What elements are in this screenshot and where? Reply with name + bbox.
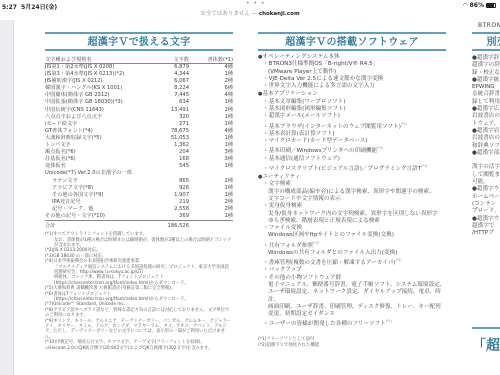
cell-fonts: 4種 <box>203 64 233 72</box>
characters-section: 超漢字Ｖで扱える文字 文字種および規格名 文字数 書体数(*1) JIS第1・第… <box>45 30 233 351</box>
footnote-ref: (*1) <box>386 319 392 323</box>
cell-count: 8,224 <box>157 85 203 92</box>
section-title: 超漢字Ｖで扱える文字 <box>88 37 191 48</box>
cell-name: 大漢和辞典収録文字(*5) <box>45 135 157 142</box>
address-bar[interactable]: 安全ではありません — chokanji.com <box>0 9 500 21</box>
cell-fonts: 4種 <box>203 128 233 135</box>
battery-percent: 86% <box>470 2 484 9</box>
cell-count: 219 <box>157 199 203 206</box>
cell-fonts: 1種 <box>203 99 233 106</box>
security-warning: 安全ではありません — <box>200 11 259 17</box>
cell-name: その他の記号・文字(*10) <box>45 213 157 221</box>
cell-count: 13,491 <box>157 107 203 114</box>
table-row: その他の各国文字(*9)1,9071種 <box>45 192 233 199</box>
cell-count <box>157 170 203 177</box>
footnote: なお、書体数が1種の場合は明朝または細明朝が、書体数が2種以上の場合は明朝とゴシ… <box>45 238 233 249</box>
table-row: 中国伝統字(CNS 11643)13,4912種 <box>45 107 233 114</box>
software-item: 共有フォルダ参照(*2) <box>258 240 446 250</box>
software-item: バックアップ <box>258 267 446 274</box>
software-item: ユーザーの皆様が開発した各種のフリーソフト(*1) <box>258 318 446 328</box>
table-row: IPA発音記号2192種 <box>45 199 233 206</box>
software-item: その他の小物ソフトウェア群 <box>258 275 446 282</box>
cell-count: 204 <box>157 149 203 156</box>
url-domain: chokanji.com <box>259 11 300 17</box>
cell-fonts: 2種 <box>203 199 233 206</box>
cell-count: 6,067 <box>157 78 203 85</box>
optional-software-line: ●超漢字部 <box>472 150 500 157</box>
table-header-row: 文字種および規格名 文字数 書体数(*1) <box>45 55 233 64</box>
footnote: 明朝体、ゴシック体、楷書体は、Tフォントプロジェクト (https://char… <box>45 275 233 286</box>
cell-name: Unicode(*7) Ver.2.0の非漢字の一部 <box>45 170 157 177</box>
section-heading: 超漢字Ｖの搭載ソフトウェア <box>258 30 446 52</box>
cell-fonts: 2種 <box>203 178 233 185</box>
cell-name: GT書体フォント(*4) <box>45 128 157 135</box>
optional-software-line: る統合辞書 <box>472 91 500 98</box>
cell-fonts: 1種 <box>203 114 233 121</box>
col-header-name: 文字種および規格名 <box>45 55 157 64</box>
cut-off-text: BTRON <box>478 22 500 29</box>
optional-software-list: ●超漢字辞超漢字の辞録・校正な●超漢字統EPWINGる統合辞書録して利用●超漢字… <box>472 55 500 237</box>
optional-software-line: トウェア。 <box>472 121 500 128</box>
software-item: 基本文章編集(ワープロソフト) <box>258 99 446 106</box>
software-item: 書庫管理(複数の文書を圧縮・解凍するアーカイバ)(*1) <box>258 257 446 267</box>
cell-count: 634 <box>157 99 203 106</box>
footnote-ref: (*1) <box>421 164 427 168</box>
cell-name: ラテン文字 <box>45 178 157 185</box>
bottom-heading-text: 「超漢 <box>472 335 500 355</box>
software-item: 実身仮身検索 <box>258 203 446 210</box>
cell-count: 545 <box>157 163 203 170</box>
cell-name: 中国拡張(簡体字 GB 18030)(*3) <box>45 99 157 106</box>
optional-software-line: 岩波書店の <box>472 113 500 120</box>
cell-name: 記号・マーク、他 <box>45 206 157 213</box>
battery-icon <box>486 3 496 8</box>
section-heading: 超漢字Ｖで扱える文字 <box>45 30 233 52</box>
table-row: iモード絵文字2711種 <box>45 121 233 128</box>
table-row: 記号・マーク、他2,5582種 <box>45 206 233 213</box>
total-row: 合計186,526 <box>45 221 233 231</box>
section-heading: 別売ソ <box>472 30 500 52</box>
footnotes: (*1)すべてアウトラインフォントを搭載しています。なお、書体数が1種の場合は明… <box>45 232 233 351</box>
table-row: 六点点字および八点点字3201種 <box>45 114 233 121</box>
cell-name: JIS第1・第2水準(JIS X 0208) <box>45 64 157 72</box>
tab-overview-dots[interactable]: • • • <box>246 0 265 7</box>
software-item: BTRON3仕様準拠OS「B-right/V® R4.5」 <box>258 61 446 68</box>
optional-software-line: 録・校正な <box>472 70 500 77</box>
cell-name: その他の各国文字(*9) <box>45 192 157 199</box>
software-item: マイクロスクリプト(ビジュアル言語)／プログラミング言語T(*1) <box>258 163 446 173</box>
optional-software-line: 録して利用 <box>472 99 500 106</box>
software-item: マイクロカード(カード型データベース) <box>258 138 446 145</box>
table-row: GT書体フォント(*4)78,6754種 <box>45 128 233 135</box>
optional-software-line: ホームペー <box>472 194 500 201</box>
cell-fonts: 1種 <box>203 163 233 170</box>
optional-software-line: ●超漢字統 <box>472 77 500 84</box>
cell-name: IPA発音記号 <box>45 199 157 206</box>
cell-fonts <box>203 170 233 177</box>
cell-fonts: 1種 <box>203 213 233 221</box>
software-item-desc: 画面印刷、ユーザ辞書、印刷管理、ディスク修復、トレー、キー配列 <box>258 304 446 311</box>
software-item-desc: Windows区画やftpサイトとのファイル変換(交換) <box>258 232 446 239</box>
cell-count: 271 <box>157 121 203 128</box>
cell-name: 中国伝統字(CNS 11643) <box>45 107 157 114</box>
cell-count: 926 <box>157 185 203 192</box>
software-item: 世界文字入力機能による多言語の文字入力 <box>258 83 446 90</box>
cell-count: 7,445 <box>157 92 203 99</box>
table-row: ラテン文字8652種 <box>45 178 233 185</box>
software-list: オペレーティングシステム本体BTRON3仕様準拠OS「B-right/V® R4… <box>258 54 446 349</box>
software-item-desc: 漢字の構成部品(偏や旁)による漢字検索、異形字や関連字の検索、 <box>258 189 446 196</box>
cell-fonts: 2種 <box>203 206 233 213</box>
cell-fonts: 2種 <box>203 107 233 114</box>
total-label: 合計 <box>45 221 157 231</box>
cell-count: 320 <box>157 114 203 121</box>
cell-count: 4,344 <box>157 71 203 78</box>
software-item-desc: ゆらぎ検索、階層表現と正規表現による検索 <box>258 218 446 225</box>
cell-fonts: 1種 <box>203 135 233 142</box>
software-item-desc: 変更、初期設定ガイダンス <box>258 311 446 318</box>
table-row: その他の記号・文字(*10)3691種 <box>45 213 233 221</box>
table-row: 大漢和辞典収録文字(*5)51,0531種 <box>45 135 233 142</box>
software-item-desc: 実身/仮身ネットワーク内の文字列検索、異形字を区別しない異形字 <box>258 211 446 218</box>
optional-software-line: 漢字の活字 <box>472 164 500 171</box>
footnote-ref: (*2) <box>377 146 383 150</box>
software-item-desc: Windowsの共有フォルダとのファイル入出力(変換) <box>258 250 446 257</box>
footnote: (*2)超漢字Ｖで強化された機能 <box>258 343 446 349</box>
software-category: 基本アプリケーション <box>258 91 446 98</box>
table-row: アラビア文字(*8)9261種 <box>45 185 233 192</box>
software-item: 文字検索 <box>258 181 446 188</box>
table-row: 住基仮名(*6)1683種 <box>45 156 233 163</box>
software-item-desc: ユーザ環境設定、ネットワーク設定、ダイヤルアップ接続、電卓、時計、 <box>258 289 446 304</box>
cell-count: 78,675 <box>157 128 203 135</box>
software-item: 基本ブラウザ(インターネットのウェブ閲覧用ソフト)(*1) <box>258 121 446 131</box>
software-footnotes: (*1)フリーソフトとして添付(*2)超漢字Ｖで強化された機能 <box>258 337 446 349</box>
table-row: Unicode(*7) Ver.2.0の非漢字の一部 <box>45 170 233 177</box>
divider <box>472 327 500 329</box>
wifi-icon: ◠ <box>463 2 468 9</box>
table-row: JIS第1・第2水準(JIS X 0208)6,8794種 <box>45 64 233 72</box>
optional-software-line: ●超漢字ウ <box>472 216 500 223</box>
footnote-ref: (*1) <box>395 258 401 262</box>
cell-fonts: 1種 <box>203 121 233 128</box>
footnote: 「マルチメディア通信システムにおける多国語処理の研究」プロジェクト、東京大学多国… <box>45 265 233 276</box>
software-section: 超漢字Ｖの搭載ソフトウェア オペレーティングシステム本体BTRON3仕様準拠OS… <box>258 30 446 349</box>
cell-name: 六点点字および八点点字 <box>45 114 157 121</box>
col-header-count: 文字数 <box>157 55 203 64</box>
software-item: 超漢字メール(メールソフト) <box>258 113 446 120</box>
software-item: 基本印刷／Windowsプリンタへの印刷機能(*2) <box>258 145 446 155</box>
footnote: (*8)アラビア語やヘブライ語など、特殊な書記方向の言語には対応しておりません。… <box>45 308 233 319</box>
cell-count: 2,558 <box>157 206 203 213</box>
optional-software-line: 岩波書店の <box>472 135 500 142</box>
cell-name: iモード絵文字 <box>45 121 157 128</box>
col-header-fonts: 書体数(*1) <box>203 55 233 64</box>
optional-software-line: ●超漢字ウ <box>472 186 500 193</box>
cell-fonts: 1種 <box>203 185 233 192</box>
table-row: 中国拡張(簡体字 GB 18030)(*3)6341種 <box>45 99 233 106</box>
cell-count: 1,362 <box>157 142 203 149</box>
cell-count: 865 <box>157 178 203 185</box>
optional-software-line: 和辞典ソフ <box>472 143 500 150</box>
optional-software-section: 別売ソ ●超漢字辞超漢字の辞録・校正な●超漢字統EPWINGる統合辞書録して利用… <box>472 30 500 237</box>
cell-count: 1,907 <box>157 192 203 199</box>
cell-name: アラビア文字(*8) <box>45 185 157 192</box>
cell-count: 369 <box>157 213 203 221</box>
characters-table: 文字種および規格名 文字数 書体数(*1) JIS第1・第2水準(JIS X 0… <box>45 55 233 230</box>
footnote: (*9)ギリシア、キリール、アルメニア、デーヴァナーガリー、ベンガル、グルムキー… <box>45 319 233 341</box>
total-value: 186,526 <box>157 221 203 231</box>
footnote: (*10)序数記号、簡易五行文字、ホツマ文字、アーヴ文字(フリーフォントを収録)… <box>45 340 233 345</box>
bottom-heading: 「超漢 <box>472 327 500 355</box>
software-item-desc: (VMware Player上で動作) <box>258 69 446 76</box>
cell-fonts: 1種 <box>203 192 233 199</box>
section-title: 別売ソ <box>487 37 500 48</box>
sidebar-edge[interactable] <box>0 20 14 375</box>
optional-software-line: して閲覧ま <box>472 172 500 179</box>
optional-software-line: 超漢字の辞 <box>472 62 500 69</box>
footnote-ref: (*1) <box>401 122 407 126</box>
cell-count: 51,053 <box>157 135 203 142</box>
optional-software-line: /HTTPプ <box>472 230 500 237</box>
cell-count: 168 <box>157 156 203 163</box>
cell-count: 6,879 <box>157 64 203 72</box>
software-item: 基本通信(通信ソフトウェア) <box>258 156 446 163</box>
footnote: ◇Unicode 2.0のCJK統合漢字(20,902文字)およびCJK互換漢字… <box>45 346 233 351</box>
footnote-ref: (*2) <box>313 241 319 245</box>
optional-software-line: プロード。 <box>472 208 500 215</box>
status-right: ◠ 86% <box>463 2 496 9</box>
section-title: 超漢字Ｖの搭載ソフトウェア <box>285 37 419 48</box>
